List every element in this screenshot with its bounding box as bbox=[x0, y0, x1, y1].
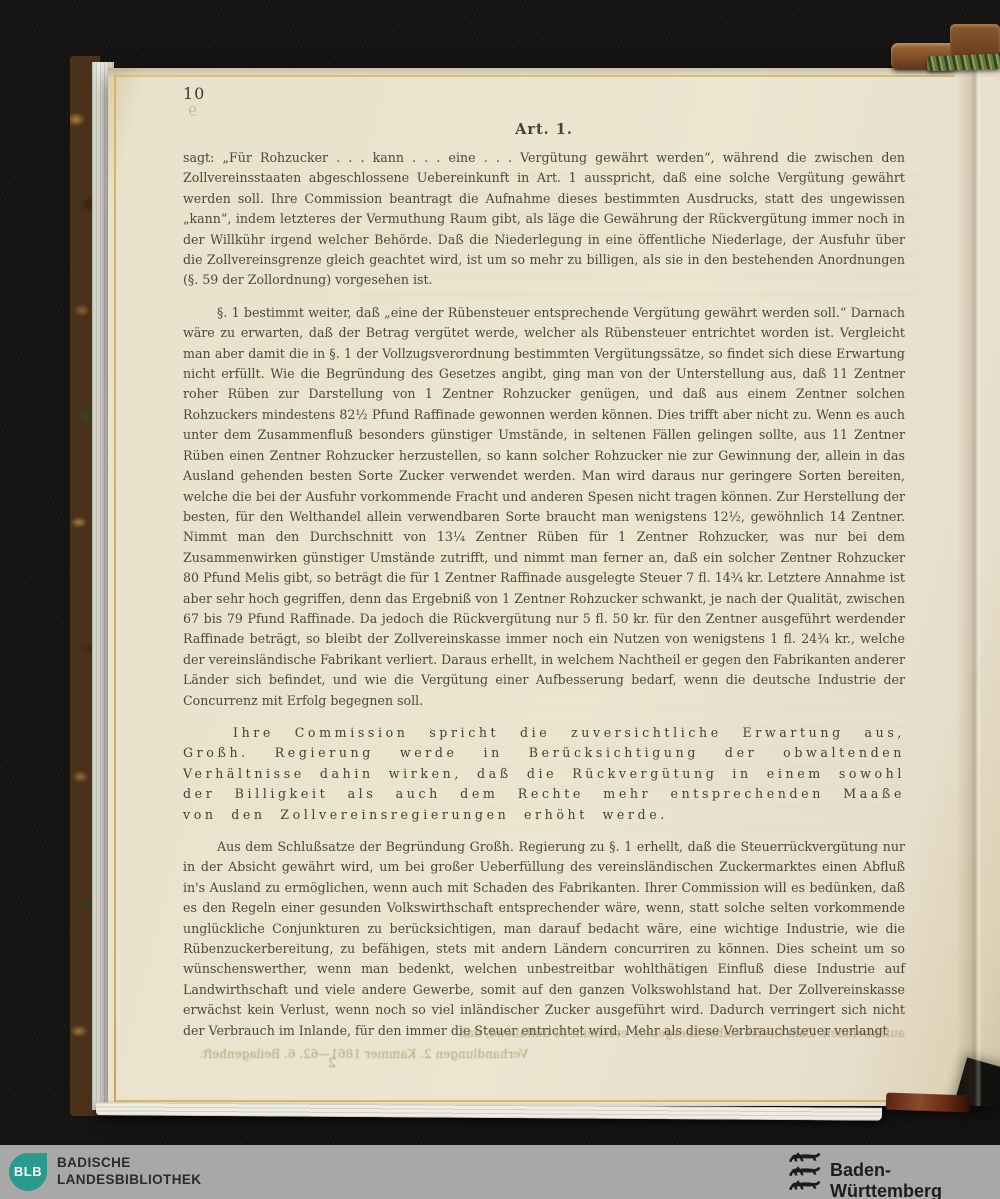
bleedthrough-text-line: aufzunehmen. Zum Greise selbst übergeben… bbox=[333, 1026, 905, 1040]
paragraph-emphasized: Ihre Commission spricht die zuversichtli… bbox=[183, 723, 905, 825]
library-name-line2: LANDESBIBLIOTHEK bbox=[57, 1172, 201, 1189]
coat-of-arms-icon bbox=[787, 1151, 823, 1193]
paragraph: §. 1 bestimmt weiter, daß „eine der Rübe… bbox=[183, 303, 905, 711]
gilt-edge-line-top bbox=[114, 75, 955, 77]
paragraph: sagt: „Für Rohzucker . . . kann . . . ei… bbox=[183, 148, 905, 291]
paragraph: Aus dem Schlußsatze der Begründung Großh… bbox=[183, 837, 905, 1041]
ghost-page-number: 9 bbox=[188, 104, 197, 120]
spine-leather-corner bbox=[950, 24, 1000, 56]
article-heading: Art. 1. bbox=[183, 121, 905, 138]
library-name: BADISCHE LANDESBIBLIOTHEK bbox=[57, 1155, 201, 1188]
footer-bar: BLB BADISCHE LANDESBIBLIOTHEK Baden-Würt… bbox=[0, 1145, 1000, 1199]
marbled-cover-edge-bottom-right bbox=[886, 1093, 971, 1113]
library-name-line1: BADISCHE bbox=[57, 1155, 201, 1172]
state-name: Baden-Württemberg bbox=[830, 1160, 1000, 1199]
gilt-edge-line-left bbox=[114, 75, 116, 1102]
book-scanner-view: 10 9 Art. 1. sagt: „Für Rohzucker . . . … bbox=[0, 0, 1000, 1199]
gilt-edge-line-bottom bbox=[114, 1100, 905, 1102]
body-text-column: sagt: „Für Rohzucker . . . kann . . . ei… bbox=[183, 148, 905, 1053]
book-headband bbox=[927, 54, 1000, 72]
page-number: 10 bbox=[183, 84, 205, 103]
blb-library-logo[interactable]: BLB bbox=[9, 1153, 47, 1191]
bleedthrough-text-line: Verhandlungen 2. Kammer 1861—62. 6. Beil… bbox=[188, 1047, 528, 1061]
blb-logo-text: BLB bbox=[9, 1164, 47, 1179]
scanned-book-page: 10 9 Art. 1. sagt: „Für Rohzucker . . . … bbox=[108, 68, 1000, 1106]
bleedthrough-text-line: 2 bbox=[328, 1056, 336, 1071]
